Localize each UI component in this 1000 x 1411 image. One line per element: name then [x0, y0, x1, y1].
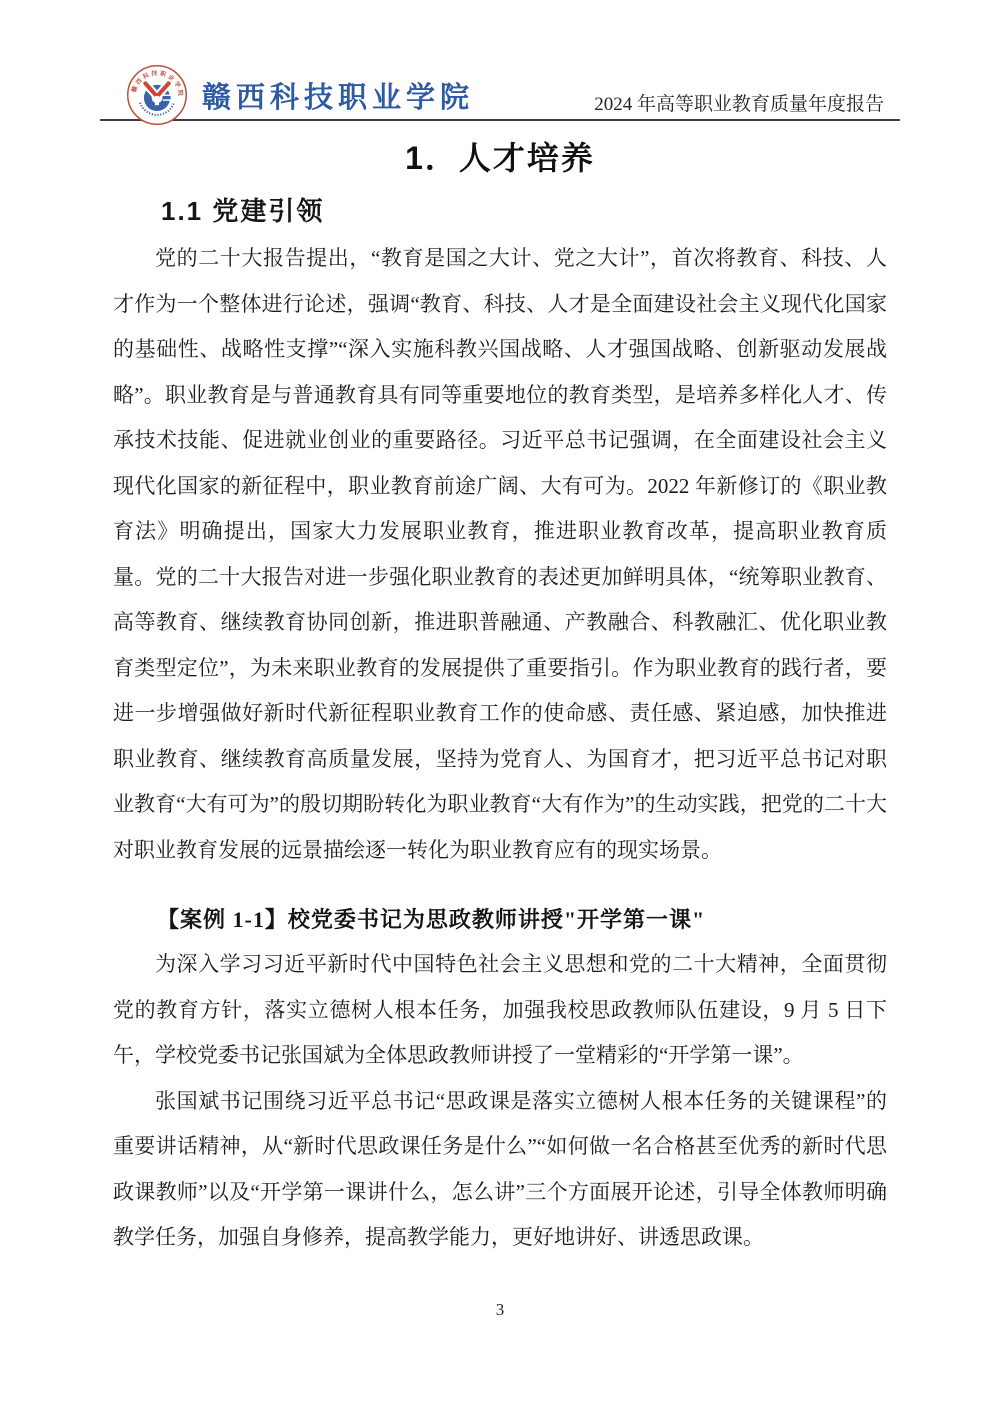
- school-name: 赣西科技职业学院: [202, 75, 474, 116]
- case-heading: 【案例 1-1】校党委书记为思政教师讲授"开学第一课": [113, 897, 887, 942]
- section-heading: 1.1 党建引领: [113, 191, 887, 231]
- paragraph: 为深入学习习近平新时代中国特色社会主义思想和党的二十大精神，全面贯彻党的教育方针…: [113, 942, 887, 1079]
- report-title: 2024 年高等职业教育质量年度报告: [594, 89, 884, 116]
- page-header: 赣西科技职业学院 赣西科技职业学院 2024 年高等职业教育质量年度报告: [100, 0, 900, 121]
- school-logo-icon: 赣西科技职业学院: [126, 64, 188, 126]
- document-body: 1．人才培养 1.1 党建引领 党的二十大报告提出，“教育是国之大计、党之大计”…: [113, 123, 887, 1261]
- school-brand: 赣西科技职业学院 赣西科技职业学院: [126, 64, 474, 126]
- report-page: 赣西科技职业学院 赣西科技职业学院 2024 年高等职业教育质量年度报告 1．人…: [0, 0, 1000, 1411]
- paragraph: 张国斌书记围绕习近平总书记“思政课是落实立德树人根本任务的关键课程”的重要讲话精…: [113, 1079, 887, 1261]
- page-number: 3: [0, 1300, 1000, 1320]
- chapter-title: 1．人才培养: [113, 135, 887, 181]
- paragraph: 党的二十大报告提出，“教育是国之大计、党之大计”，首次将教育、科技、人才作为一个…: [113, 236, 887, 873]
